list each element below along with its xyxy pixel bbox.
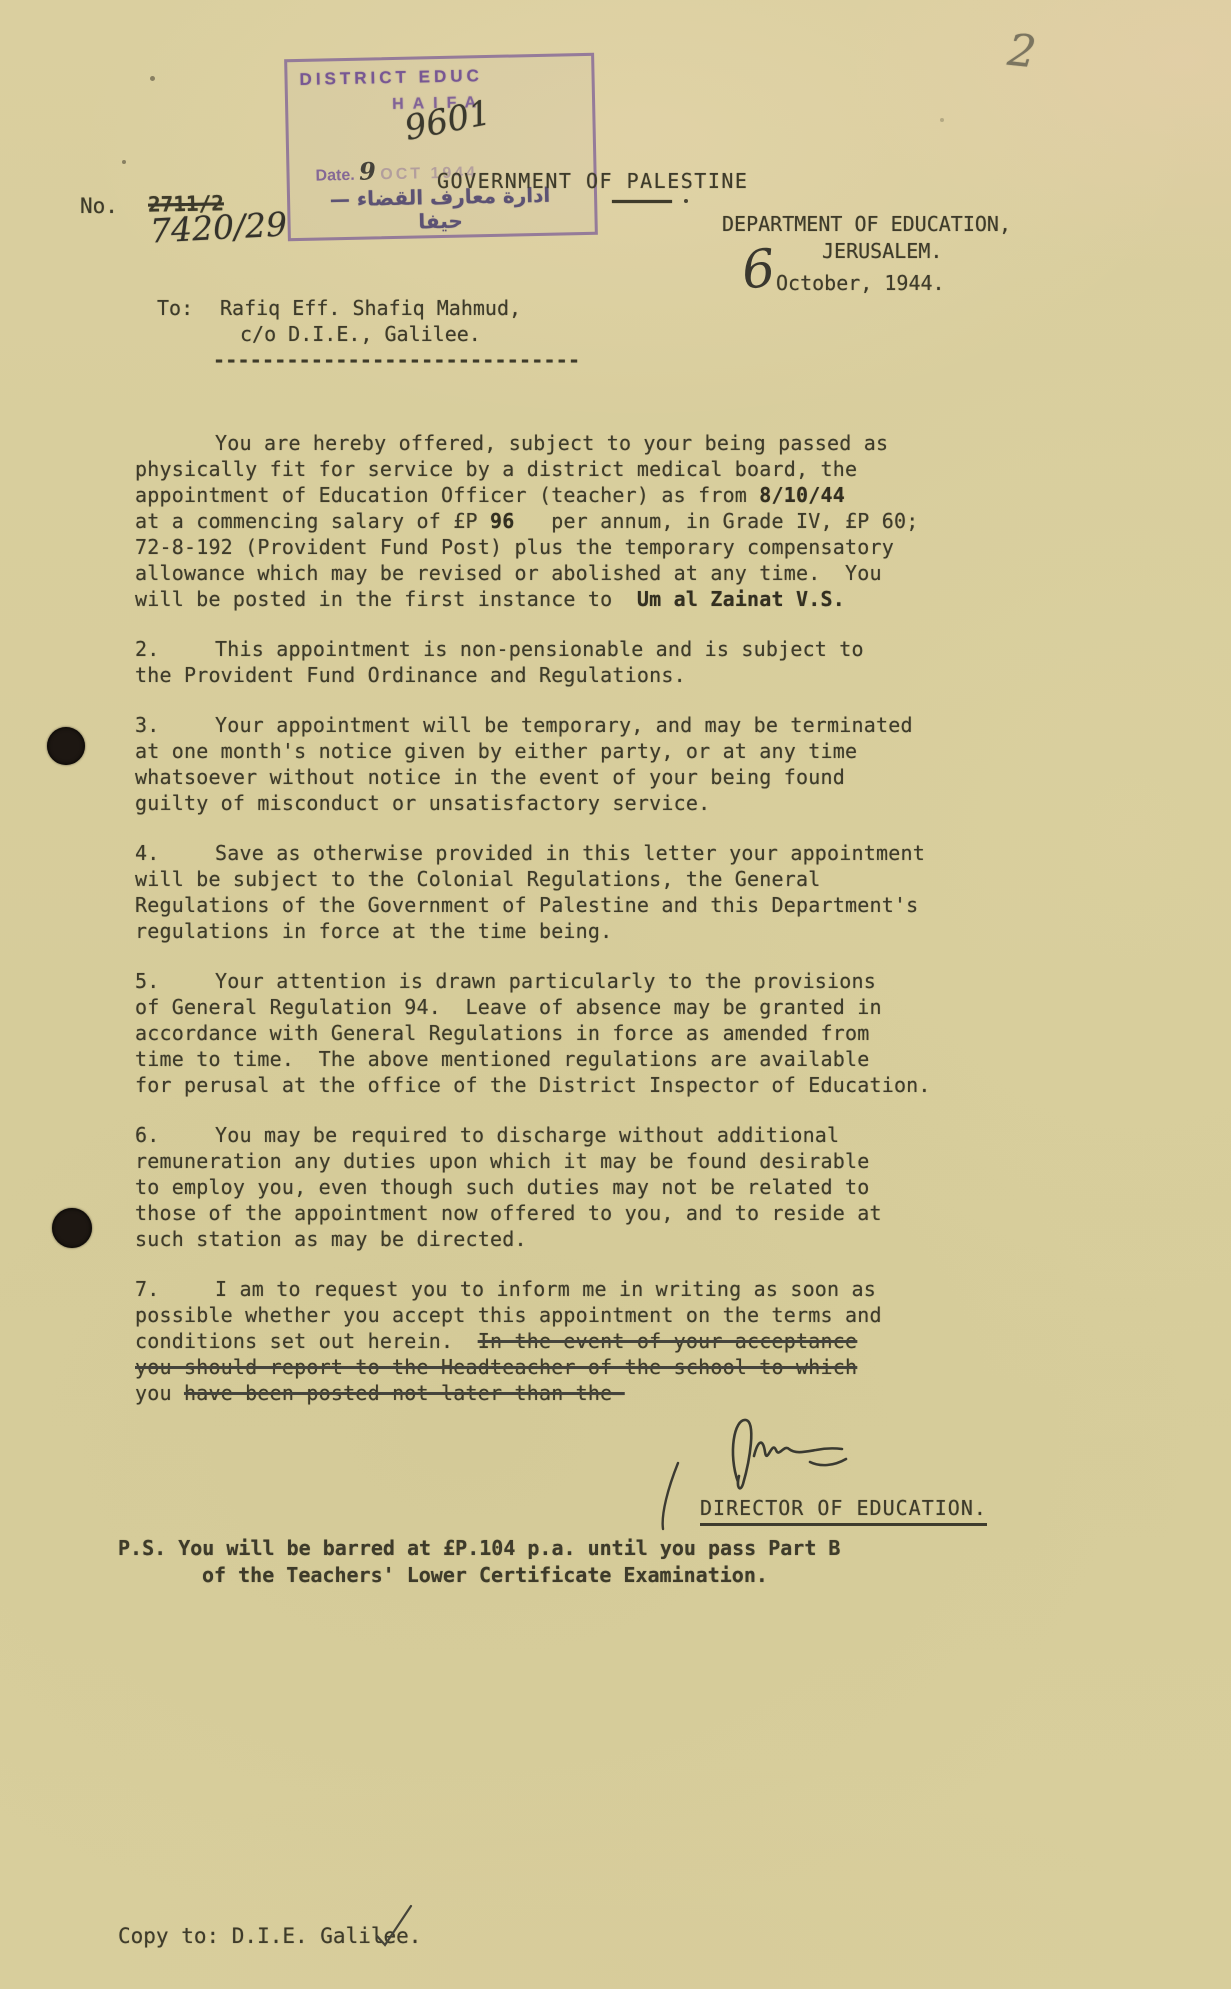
paragraph-line: you have been posted not later than the—: [135, 1380, 943, 1406]
body-text: You are hereby offered, subject to your …: [215, 431, 888, 455]
paragraph-line: 72-8-192 (Provident Fund Post) plus the …: [135, 534, 943, 560]
paragraph-line: regulations in force at the time being.: [135, 918, 943, 944]
body-text: you: [135, 1381, 184, 1405]
paragraph-line: physically fit for service by a district…: [135, 456, 943, 482]
paragraph: 2.This appointment is non-pensionable an…: [135, 636, 943, 688]
paragraph: 4.Save as otherwise provided in this let…: [135, 840, 943, 944]
government-title: GOVERNMENT OF PALESTINE: [437, 169, 748, 193]
paper-speck-1: [150, 76, 155, 81]
paragraph: 6.You may be required to discharge witho…: [135, 1122, 943, 1252]
body-text: 72-8-192 (Provident Fund Post) plus the …: [135, 535, 894, 559]
emphasized-text: 96: [490, 509, 514, 533]
body-text: Regulations of the Government of Palesti…: [135, 893, 918, 917]
body-text: the Provident Fund Ordinance and Regulat…: [135, 663, 686, 687]
paragraph-line: you should report to the Headteacher of …: [135, 1354, 943, 1380]
struck-text: have been posted not later than the—: [184, 1381, 625, 1405]
recipient-divider: ------------------------------: [213, 348, 580, 372]
paragraph-number: 5.: [135, 968, 215, 994]
copy-checkmark: [372, 1902, 416, 1954]
page-number-pencil: 2: [1005, 25, 1038, 79]
paragraph-line: 4.Save as otherwise provided in this let…: [135, 840, 943, 866]
paragraph-line: whatsoever without notice in the event o…: [135, 764, 943, 790]
paragraph-line: guilty of misconduct or unsatisfactory s…: [135, 790, 943, 816]
government-dash-dot: [684, 199, 688, 203]
paragraph-line: to employ you, even though such duties m…: [135, 1174, 943, 1200]
district-education-stamp: DISTRICT EDUC HAIFA 9601 Date. 9 OCT 194…: [284, 53, 598, 241]
body-text: You may be required to discharge without…: [215, 1123, 839, 1147]
ps-line-2: of the Teachers' Lower Certificate Exami…: [202, 1563, 768, 1587]
paper-speck-3: [940, 118, 944, 122]
body-text: appointment of Education Officer (teache…: [135, 483, 759, 507]
paragraph: 7.I am to request you to inform me in wr…: [135, 1276, 943, 1406]
paragraph-line: 3.Your appointment will be temporary, an…: [135, 712, 943, 738]
recipient-address: c/o D.I.E., Galilee.: [240, 322, 481, 346]
body-text: Save as otherwise provided in this lette…: [215, 841, 925, 865]
paragraph-number: 3.: [135, 712, 215, 738]
director-title: DIRECTOR OF EDUCATION.: [700, 1496, 987, 1526]
paragraph-line: will be posted in the first instance to …: [135, 586, 943, 612]
paragraph-line: appointment of Education Officer (teache…: [135, 482, 943, 508]
body-text: possible whether you accept this appoint…: [135, 1303, 882, 1327]
body-text: of General Regulation 94. Leave of absen…: [135, 995, 882, 1019]
body-text: accordance with General Regulations in f…: [135, 1021, 869, 1045]
struck-text: In the event of your acceptance: [478, 1329, 857, 1353]
body-text: will be subject to the Colonial Regulati…: [135, 867, 821, 891]
body-text: at a commencing salary of £P: [135, 509, 490, 533]
paragraph-number: 7.: [135, 1276, 215, 1302]
scanned-letter-page: 2 DISTRICT EDUC HAIFA 9601 Date. 9 OCT 1…: [0, 0, 1231, 1989]
body-text: regulations in force at the time being.: [135, 919, 612, 943]
government-underline-dash: [612, 200, 672, 203]
paragraph: 5.Your attention is drawn particularly t…: [135, 968, 943, 1098]
paragraph: You are hereby offered, subject to your …: [135, 430, 943, 612]
recipient-to-label: To:: [157, 296, 193, 320]
ink-blot-dot-2: [52, 1208, 92, 1248]
body-text: time to time. The above mentioned regula…: [135, 1047, 869, 1071]
body-text: Your attention is drawn particularly to …: [215, 969, 876, 993]
paragraph-number: 4.: [135, 840, 215, 866]
paper-speck-2: [122, 160, 126, 164]
stamp-office-line: DISTRICT EDUC: [299, 66, 483, 90]
paragraph-line: possible whether you accept this appoint…: [135, 1302, 943, 1328]
paragraph-line: remuneration any duties upon which it ma…: [135, 1148, 943, 1174]
paragraph-number: 6.: [135, 1122, 215, 1148]
body-text: Your appointment will be temporary, and …: [215, 713, 913, 737]
body-text: at one month's notice given by either pa…: [135, 739, 857, 763]
body-text: will be posted in the first instance to: [135, 587, 637, 611]
paragraph-line: 7.I am to request you to inform me in wr…: [135, 1276, 943, 1302]
body-text: allowance which may be revised or abolis…: [135, 561, 882, 585]
city-line: JERUSALEM.: [822, 239, 942, 263]
body-text: I am to request you to inform me in writ…: [215, 1277, 876, 1301]
paragraph-line: at one month's notice given by either pa…: [135, 738, 943, 764]
paragraph: 3.Your appointment will be temporary, an…: [135, 712, 943, 816]
paragraph-line: of General Regulation 94. Leave of absen…: [135, 994, 943, 1020]
ref-no-handwritten: 7420/29: [149, 204, 288, 250]
body-text: those of the appointment now offered to …: [135, 1201, 882, 1225]
body-text: guilty of misconduct or unsatisfactory s…: [135, 791, 710, 815]
date-day-handwritten: 6: [739, 238, 778, 301]
signature-scribble: [712, 1408, 872, 1498]
paragraph-line: those of the appointment now offered to …: [135, 1200, 943, 1226]
body-text: per annum, in Grade IV, £P 60;: [514, 509, 918, 533]
body-text: whatsoever without notice in the event o…: [135, 765, 845, 789]
department-line: DEPARTMENT OF EDUCATION,: [722, 212, 1011, 236]
paragraph-line: will be subject to the Colonial Regulati…: [135, 866, 943, 892]
body-text: such station as may be directed.: [135, 1227, 527, 1251]
emphasized-text: 8/10/44: [759, 483, 845, 507]
paragraph-line: 2.This appointment is non-pensionable an…: [135, 636, 943, 662]
signature-check-stroke: [655, 1458, 683, 1534]
paragraph-line: the Provident Fund Ordinance and Regulat…: [135, 662, 943, 688]
body-text: conditions set out herein.: [135, 1329, 478, 1353]
ink-blot-dot-1: [47, 727, 85, 765]
paragraph-line: 5.Your attention is drawn particularly t…: [135, 968, 943, 994]
struck-text: you should report to the Headteacher of …: [135, 1355, 857, 1379]
body-text: This appointment is non-pensionable and …: [215, 637, 864, 661]
body-text: physically fit for service by a district…: [135, 457, 857, 481]
ps-line-1: P.S. You will be barred at £P.104 p.a. u…: [118, 1536, 840, 1560]
stamp-date-label: Date.: [315, 167, 354, 185]
paragraph-line: Regulations of the Government of Palesti…: [135, 892, 943, 918]
paragraph-line: time to time. The above mentioned regula…: [135, 1046, 943, 1072]
emphasized-text: Um al Zainat V.S.: [637, 587, 845, 611]
paragraph-line: such station as may be directed.: [135, 1226, 943, 1252]
paragraph-number: 2.: [135, 636, 215, 662]
date-line: October, 1944.: [776, 271, 945, 295]
ref-no-label: No.: [80, 194, 118, 218]
body-text: remuneration any duties upon which it ma…: [135, 1149, 869, 1173]
body-paragraphs: You are hereby offered, subject to your …: [135, 430, 943, 1430]
body-text: to employ you, even though such duties m…: [135, 1175, 869, 1199]
paragraph-line: accordance with General Regulations in f…: [135, 1020, 943, 1046]
paragraph-line: at a commencing salary of £P 96 per annu…: [135, 508, 943, 534]
paragraph-line: allowance which may be revised or abolis…: [135, 560, 943, 586]
recipient-name: Rafiq Eff. Shafiq Mahmud,: [220, 296, 521, 320]
paragraph-line: You are hereby offered, subject to your …: [135, 430, 943, 456]
body-text: for perusal at the office of the Distric…: [135, 1073, 931, 1097]
paragraph-line: conditions set out herein. In the event …: [135, 1328, 943, 1354]
paragraph-line: for perusal at the office of the Distric…: [135, 1072, 943, 1098]
paragraph-line: 6.You may be required to discharge witho…: [135, 1122, 943, 1148]
stamp-date-day-handwritten: 9: [359, 156, 376, 185]
